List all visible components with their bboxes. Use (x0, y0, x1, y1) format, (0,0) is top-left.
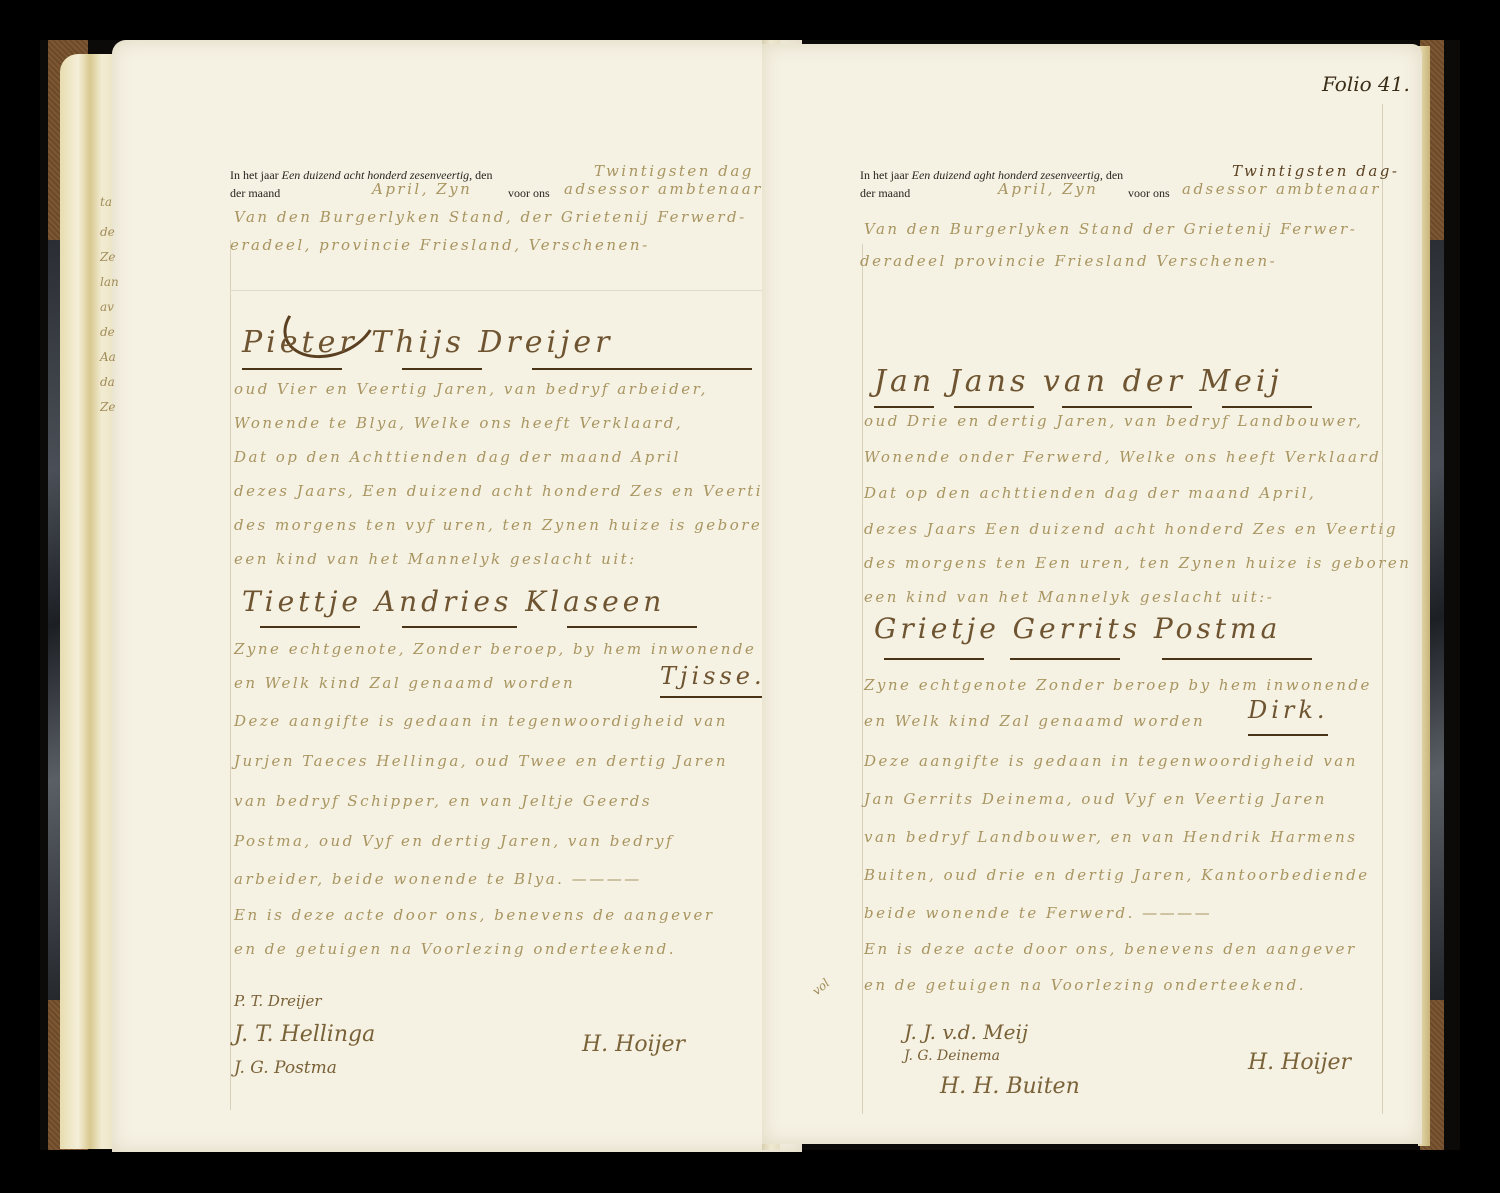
name-underline (532, 368, 752, 370)
open-register-book: ta de Ze lan av de Aa da Ze In het jaar … (40, 40, 1460, 1150)
child-name: Dirk. (1248, 696, 1329, 724)
text-line: deradeel provincie Friesland Verschenen- (860, 252, 1277, 270)
signature: J. G. Deinema (904, 1048, 1000, 1064)
name-underline (242, 368, 342, 370)
text-line: dezes Jaars, Een duizend acht honderd Ze… (234, 482, 775, 500)
handwritten-day: Twintigsten dag- (1232, 162, 1399, 180)
name-underline (260, 626, 360, 628)
mother-name: Tiettje Andries Klaseen (242, 585, 665, 618)
declarant-name: Pieter Thijs Dreijer (242, 325, 614, 360)
margin-stub: av (100, 300, 114, 314)
ruled-line (230, 290, 790, 291)
margin-stub: Aa (100, 350, 116, 364)
text-line: en de getuigen na Voorlezing onderteeken… (234, 940, 676, 958)
text-line: des morgens ten vyf uren, ten Zynen huiz… (234, 516, 774, 534)
text-line: oud Drie en dertig Jaren, van bedryf Lan… (864, 412, 1363, 430)
text-line: Wonende onder Ferwerd, Welke ons heeft V… (864, 448, 1381, 466)
text-line: Dat op den achttienden dag der maand Apr… (864, 484, 1316, 502)
margin-rule (862, 244, 863, 1114)
name-underline (884, 658, 984, 660)
text-line: dezes Jaars Een duizend acht honderd Zes… (864, 520, 1398, 538)
margin-stub: Ze (100, 400, 115, 414)
margin-rule (230, 240, 231, 1110)
text-line: van bedryf Schipper, en van Jeltje Geerd… (234, 792, 652, 810)
name-underline (402, 626, 517, 628)
text-line: beide wonende te Ferwerd. ———— (864, 904, 1212, 922)
handwritten-month: April, Zyn (998, 180, 1098, 198)
name-underline (1162, 658, 1312, 660)
text-line: Zyne echtgenote Zonder beroep by hem inw… (864, 676, 1372, 694)
signature: J. J. v.d. Meij (904, 1020, 1028, 1044)
page-stack-left (60, 54, 120, 1149)
signature: P. T. Dreijer (234, 992, 322, 1010)
child-name: Tjisse. (660, 662, 766, 690)
text-line: Dat op den Achttienden dag der maand Apr… (234, 448, 681, 466)
text-line: oud Vier en Veertig Jaren, van bedryf ar… (234, 380, 708, 398)
text-line: Deze aangifte is gedaan in tegenwoordigh… (864, 752, 1358, 770)
name-underline (954, 406, 1034, 408)
text-line: Deze aangifte is gedaan in tegenwoordigh… (234, 712, 728, 730)
margin-stub: ta (100, 195, 112, 209)
text-line: en Welk kind Zal genaamd worden (234, 674, 575, 692)
margin-stub: de (100, 225, 115, 239)
text-line: Wonende te Blya, Welke ons heeft Verklaa… (234, 414, 683, 432)
name-underline (874, 406, 934, 408)
text-line: een kind van het Mannelyk geslacht uit:- (864, 588, 1274, 606)
name-underline (1248, 734, 1328, 736)
printed-voor-ons: voor ons (508, 186, 550, 201)
folio-number: Folio 41. (1322, 72, 1410, 96)
margin-stub: lan (100, 275, 119, 289)
name-underline (1222, 406, 1312, 408)
text-line: Jan Gerrits Deinema, oud Vyf en Veertig … (864, 790, 1327, 808)
margin-note: vol (810, 976, 833, 998)
signature: J. T. Hellinga (234, 1022, 375, 1047)
mother-name: Grietje Gerrits Postma (874, 612, 1281, 645)
text-line: En is deze acte door ons, benevens den a… (864, 940, 1357, 958)
handwritten-official: adsessor ambtenaar (1182, 180, 1381, 198)
text-line: Van den Burgerlyken Stand der Grietenij … (864, 220, 1357, 238)
right-page: Folio 41. In het jaar Een duizend aght h… (762, 44, 1422, 1144)
text-line: Jurjen Taeces Hellinga, oud Twee en dert… (234, 752, 728, 770)
text-line: eradeel, provincie Friesland, Verschenen… (230, 236, 650, 254)
name-underline (1062, 406, 1192, 408)
text-line: Postma, oud Vyf en dertig Jaren, van bed… (234, 832, 674, 850)
text-line: en de getuigen na Voorlezing onderteeken… (864, 976, 1306, 994)
name-underline (402, 368, 482, 370)
name-underline (1010, 658, 1120, 660)
printed-voor-ons: voor ons (1128, 186, 1170, 201)
margin-stub: de (100, 325, 115, 339)
text-line: een kind van het Mannelyk geslacht uit: (234, 550, 637, 568)
handwritten-month: April, Zyn (372, 180, 472, 198)
signature: H. H. Buiten (940, 1074, 1080, 1099)
text-line: van bedryf Landbouwer, en van Hendrik Ha… (864, 828, 1357, 846)
printed-der-maand: der maand (230, 186, 280, 201)
left-page: ta de Ze lan av de Aa da Ze In het jaar … (112, 40, 802, 1152)
handwritten-official: adsessor ambtenaar (564, 180, 763, 198)
name-underline (567, 626, 697, 628)
margin-stub: Ze (100, 250, 115, 264)
text-line: Van den Burgerlyken Stand, der Grietenij… (234, 208, 747, 226)
declarant-name: Jan Jans van der Meij (874, 364, 1283, 399)
text-line: en Welk kind Zal genaamd worden (864, 712, 1205, 730)
printed-der-maand: der maand (860, 186, 910, 201)
official-signature: H. Hoijer (582, 1032, 685, 1057)
text-line: En is deze acte door ons, benevens de aa… (234, 906, 715, 924)
handwritten-day: Twintigsten dag (594, 162, 754, 180)
text-line: Buiten, oud drie en dertig Jaren, Kantoo… (864, 866, 1370, 884)
text-line: Zyne echtgenote, Zonder beroep, by hem i… (234, 640, 756, 658)
official-signature: H. Hoijer (1248, 1050, 1351, 1075)
text-line: arbeider, beide wonende te Blya. ———— (234, 870, 642, 888)
margin-rule (1382, 104, 1383, 1114)
text-line: des morgens ten Een uren, ten Zynen huiz… (864, 554, 1411, 572)
margin-stub: da (100, 375, 115, 389)
signature: J. G. Postma (234, 1058, 337, 1078)
